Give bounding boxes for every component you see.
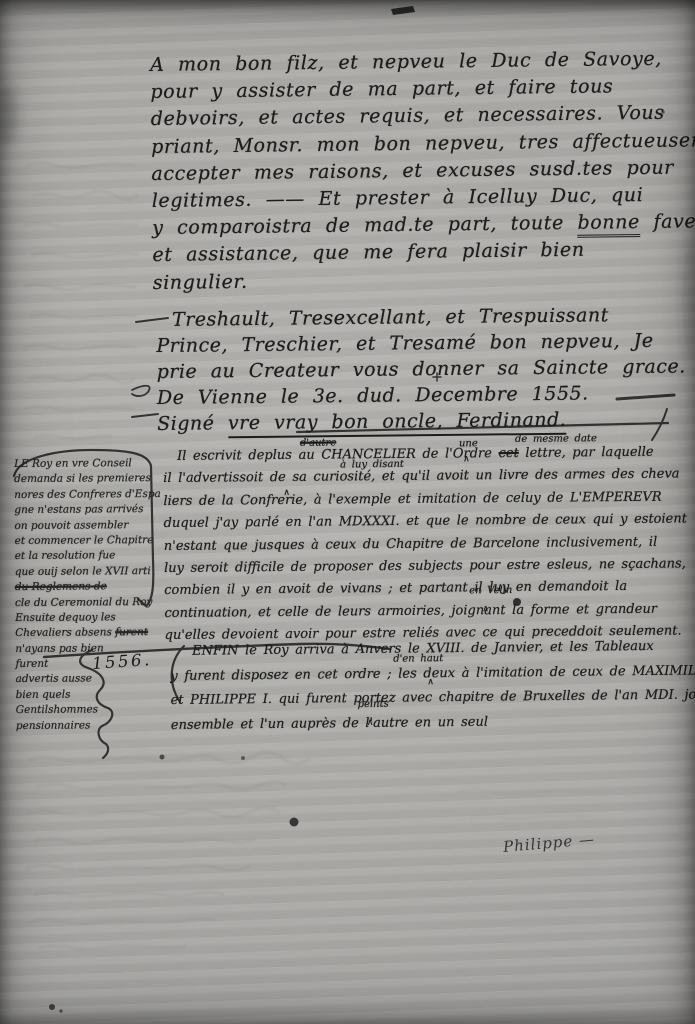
margin-line-struck: du Reglemens de bbox=[15, 580, 157, 596]
bleed-through-left bbox=[24, 163, 138, 439]
enfin-paragraph: d'en haut ∧ peints ∧ ENFIN le Roy arriva… bbox=[170, 638, 695, 742]
text-fragment: faveur bbox=[640, 210, 695, 233]
margin-line: Chevaliers absens furent bbox=[15, 626, 157, 642]
insertion-struck: d'autre bbox=[300, 437, 336, 448]
margin-line: advertis ausse bbox=[16, 672, 158, 688]
margin-line: Gentilshommes bbox=[16, 703, 158, 719]
margin-line: nores des Confreres d'Espa bbox=[14, 488, 156, 504]
margin-line: que ouij selon le XVII arti bbox=[15, 565, 157, 581]
chancellor-paragraph: d'autre de mesme date une à luy disant e… bbox=[163, 444, 695, 650]
caret-mark: ∧ bbox=[427, 677, 434, 687]
margin-line: bien quels bbox=[16, 688, 158, 704]
text-fragment: y comparoistra de mad.te part, toute bbox=[152, 212, 578, 239]
closing-lead-dash-3 bbox=[132, 414, 158, 417]
text-fragment: Signé bbox=[157, 412, 228, 435]
philippe-signature: Philippe — bbox=[502, 830, 595, 856]
margin-note: LE Roy en vre Conseil demanda si les pre… bbox=[14, 457, 158, 735]
margin-line: LE Roy en vre Conseil bbox=[14, 457, 156, 473]
insertion-une: une bbox=[459, 438, 478, 449]
signature-line: Signé vre vray bon oncle, Ferdinand. bbox=[157, 407, 695, 439]
margin-line: et la resolution fue bbox=[15, 549, 157, 565]
manuscript-page: A mon bon filz, et nepveu le Duc de Savo… bbox=[0, 0, 695, 1024]
caret-mark: ∧ bbox=[482, 604, 489, 614]
struck-word: cet bbox=[499, 446, 519, 461]
margin-line: gne n'estans pas arrivés bbox=[14, 503, 156, 519]
enfin-line: ensemble et l'un auprès de l'autre en un… bbox=[171, 712, 695, 742]
underlined-word: bonne bbox=[577, 211, 640, 238]
caret-mark: ∧ bbox=[283, 488, 290, 498]
struck-word: furent bbox=[115, 626, 148, 638]
insertion-peints: peints bbox=[358, 699, 389, 710]
margin-line: on pouvoit assembler bbox=[14, 519, 156, 535]
insertion-en-velin: en Velin bbox=[469, 585, 512, 596]
insertion-luy-disant: à luy disant bbox=[340, 459, 404, 471]
closing-paragraph: Treshault, Tresexcellant, et Trespuissan… bbox=[156, 303, 695, 439]
insertion-date: de mesme date bbox=[515, 433, 597, 445]
margin-line: Ensuite dequoy les bbox=[15, 611, 157, 627]
bleed-through-bottom bbox=[26, 752, 310, 949]
caret-mark: ∧ bbox=[367, 718, 374, 728]
text-fragment: lettre, par laquelle bbox=[519, 445, 654, 461]
closing-lead-dash-2 bbox=[132, 386, 150, 396]
text-fragment: Chevaliers absens bbox=[15, 627, 115, 640]
text-fragment: Il escrivit deplus au CHANCELIER de l'Or… bbox=[177, 446, 499, 464]
margin-line: demanda si les premieres bbox=[14, 472, 156, 488]
letter-line: singulier. bbox=[153, 265, 695, 299]
letter-paragraph: A mon bon filz, et nepveu le Duc de Savo… bbox=[150, 47, 695, 299]
margin-line: cle du Ceremonial du Roy bbox=[15, 596, 157, 612]
caret-mark: ∧ bbox=[463, 454, 470, 464]
margin-line: pensionnaires bbox=[16, 719, 158, 735]
insertion-den-haut: d'en haut bbox=[393, 653, 443, 665]
margin-line: et commencer le Chapitre bbox=[15, 534, 157, 550]
